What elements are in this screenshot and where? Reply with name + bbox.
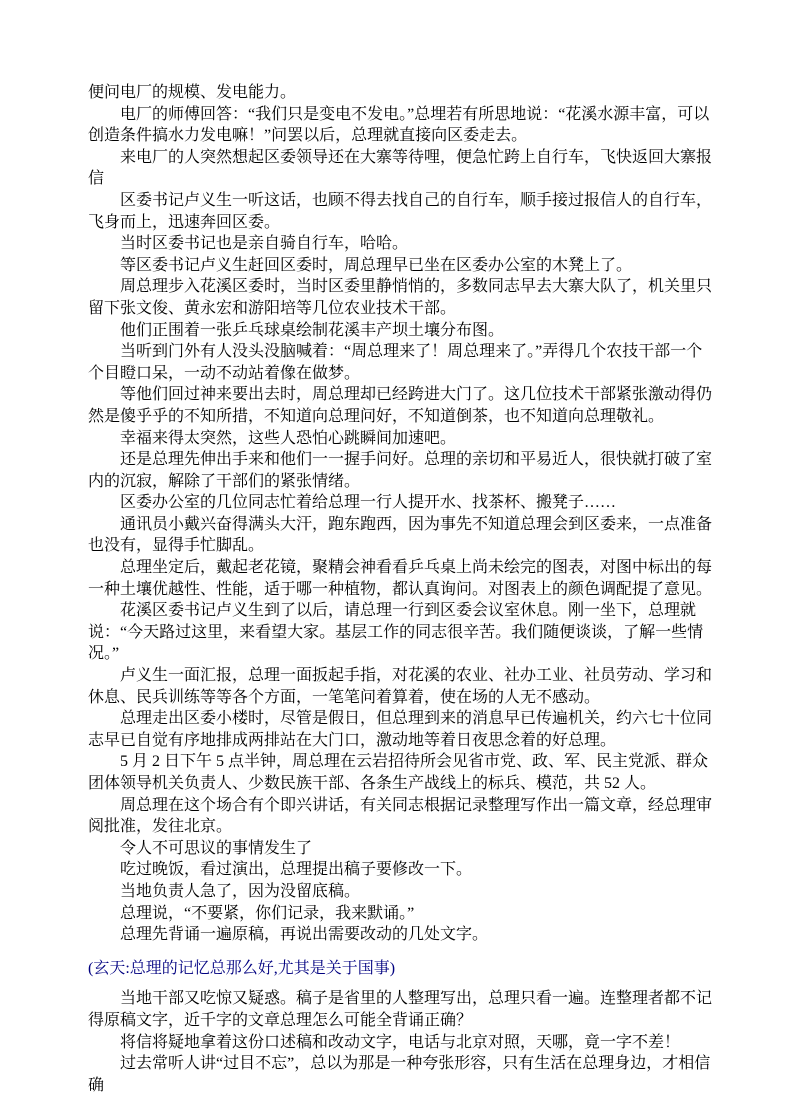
paragraph: 卢义生一面汇报，总理一面扳起手指，对花溪的农业、社办工业、社员劳动、学习和休息、… [88,665,716,708]
paragraph: 周总理步入花溪区委时，当时区委里静悄悄的，多数同志早去大寨大队了，机关里只留下张… [88,276,716,319]
document-page: 便问电厂的规模、发电能力。电厂的师傅回答：“我们只是变电不发电。”总埋若有所思地… [0,0,800,1100]
author-annotation: (玄天:总理的记忆总那么好,尤其是关于国事) [88,958,716,980]
paragraph: 将信将疑地拿着这份口述稿和改动文字，电话与北京对照，天哪，竟一字不差！ [88,1032,716,1054]
document-body: 便问电厂的规模、发电能力。电厂的师傅回答：“我们只是变电不发电。”总埋若有所思地… [88,82,716,1096]
paragraph: 等他们回过神来要出去时，周总理却已经跨进大门了。这几位技术干部紧张激动得仍然是傻… [88,384,716,427]
paragraph: 总理说，“不要紧，你们记录，我来默诵。” [88,903,716,925]
paragraph: 通讯员小戴兴奋得满头大汗，跑东跑西，因为事先不知道总理会到区委来，一点准备也没有… [88,514,716,557]
paragraph: 周总理在这个场合有个即兴讲话，有关同志根据记录整理写作出一篇文章，经总理审阅批准… [88,795,716,838]
paragraph: 花溪区委书记卢义生到了以后，请总理一行到区委会议室休息。刚一坐下，总理就说：“今… [88,600,716,665]
paragraph: 令人不可思议的事情发生了 [88,838,716,860]
paragraph: 区委办公室的几位同志忙着给总理一行人提开水、找茶杯、搬凳子…… [88,492,716,514]
paragraph: 总理走出区委小楼时，尽管是假日，但总理到来的消息早已传遍机关，约六七十位同志早已… [88,708,716,751]
paragraph: 来电厂的人突然想起区委领导还在大寨等待哩，便急忙跨上自行车，飞快返回大寨报信 [88,147,716,190]
paragraph: 等区委书记卢义生赶回区委时，周总理早已坐在区委办公室的木凳上了。 [88,255,716,277]
paragraph: 还是总理先伸出手来和他们一一握手问好。总理的亲切和平易近人，很快就打破了室内的沉… [88,449,716,492]
paragraph: 幸福来得太突然，这些人恐怕心跳瞬间加速吧。 [88,428,716,450]
paragraph: 总理坐定后，戴起老花镜，聚精会神看看乒乓桌上尚未绘完的图表，对图中标出的每一种土… [88,557,716,600]
paragraph: 5 月 2 日下午 5 点半钟，周总理在云岩招待所会见省市党、政、军、民主党派、… [88,751,716,794]
paragraph: 他们正围着一张乒乓球桌绘制花溪丰产坝土壤分布图。 [88,320,716,342]
paragraph: 吃过晚饭，看过演出，总理提出稿子要修改一下。 [88,859,716,881]
paragraph: 区委书记卢义生一听这话，也顾不得去找自己的自行车，顺手接过报信人的自行车，飞身而… [88,190,716,233]
paragraph: 当地干部又吃惊又疑惑。稿子是省里的人整理写出，总理只看一遍。连整理者都不记得原稿… [88,988,716,1031]
paragraph: 总理先背诵一遍原稿，再说出需要改动的几处文字。 [88,924,716,946]
paragraph: 当听到门外有人没头没脑喊着：“周总理来了！周总理来了。”弄得几个农技干部一个个目… [88,341,716,384]
paragraph: 电厂的师傅回答：“我们只是变电不发电。”总埋若有所思地说：“花溪水源丰富，可以创… [88,104,716,147]
paragraph: 便问电厂的规模、发电能力。 [88,82,716,104]
paragraph: 当时区委书记也是亲自骑自行车，哈哈。 [88,233,716,255]
paragraph: 过去常听人讲“过目不忘”，总以为那是一种夸张形容，只有生活在总理身边，才相信确 [88,1053,716,1096]
paragraph: 当地负责人急了，因为没留底稿。 [88,881,716,903]
